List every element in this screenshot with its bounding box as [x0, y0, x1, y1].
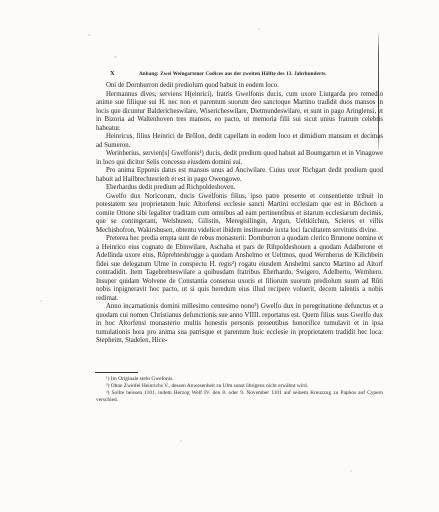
paragraph: Werinherius, servien[s] Gwelfonis¹) duci…: [96, 150, 383, 167]
body-text: Oni de Dornburron dedit prediolum quod h…: [96, 82, 383, 346]
footnote: ³) Sollte heissen 1101, indem Herzog Wel…: [96, 390, 383, 404]
footnote: ¹) Im Originale steht Gwefonis.: [96, 376, 383, 383]
scan-speck: [88, 34, 91, 36]
paragraph: Gwelfo dux Noricorum, ducis Gwelfonis fi…: [96, 193, 383, 236]
scan-speck: [350, 470, 352, 472]
scan-speck: [114, 56, 117, 58]
paragraph: Pro anima Epponis datus est mansus unus …: [96, 167, 383, 184]
scanned-book-page: X Anhang: Zwei Weingartener Codices aus …: [0, 0, 439, 512]
scan-speck: [258, 28, 260, 30]
page-number: X: [110, 70, 115, 77]
running-header: Anhang: Zwei Weingartener Codices aus de…: [139, 71, 383, 77]
scan-speck: [40, 300, 42, 302]
paragraph: Heinricus, filius Heinrici de Brôlon, de…: [96, 133, 383, 150]
paragraph: Hermannus dives, serviens H(einrici), fr…: [96, 91, 383, 134]
footnotes: ¹) Im Originale steht Gwefonis. ²) Ohne …: [96, 376, 383, 404]
paragraph: Oni de Dornburron dedit prediolum quod h…: [96, 82, 383, 91]
footnote-separator: [95, 372, 138, 373]
paragraph: Anno incarnationis domini millesimo cent…: [96, 303, 383, 346]
paragraph: Preterea hec predia empta sunt de rebus …: [96, 235, 383, 303]
scan-speck: [180, 440, 182, 442]
footnote: ²) Ohne Zweifel Heinrichs V., dessen Anw…: [96, 383, 383, 390]
paragraph: Eberhardus dedit predium ad Richpoldesho…: [96, 184, 383, 193]
